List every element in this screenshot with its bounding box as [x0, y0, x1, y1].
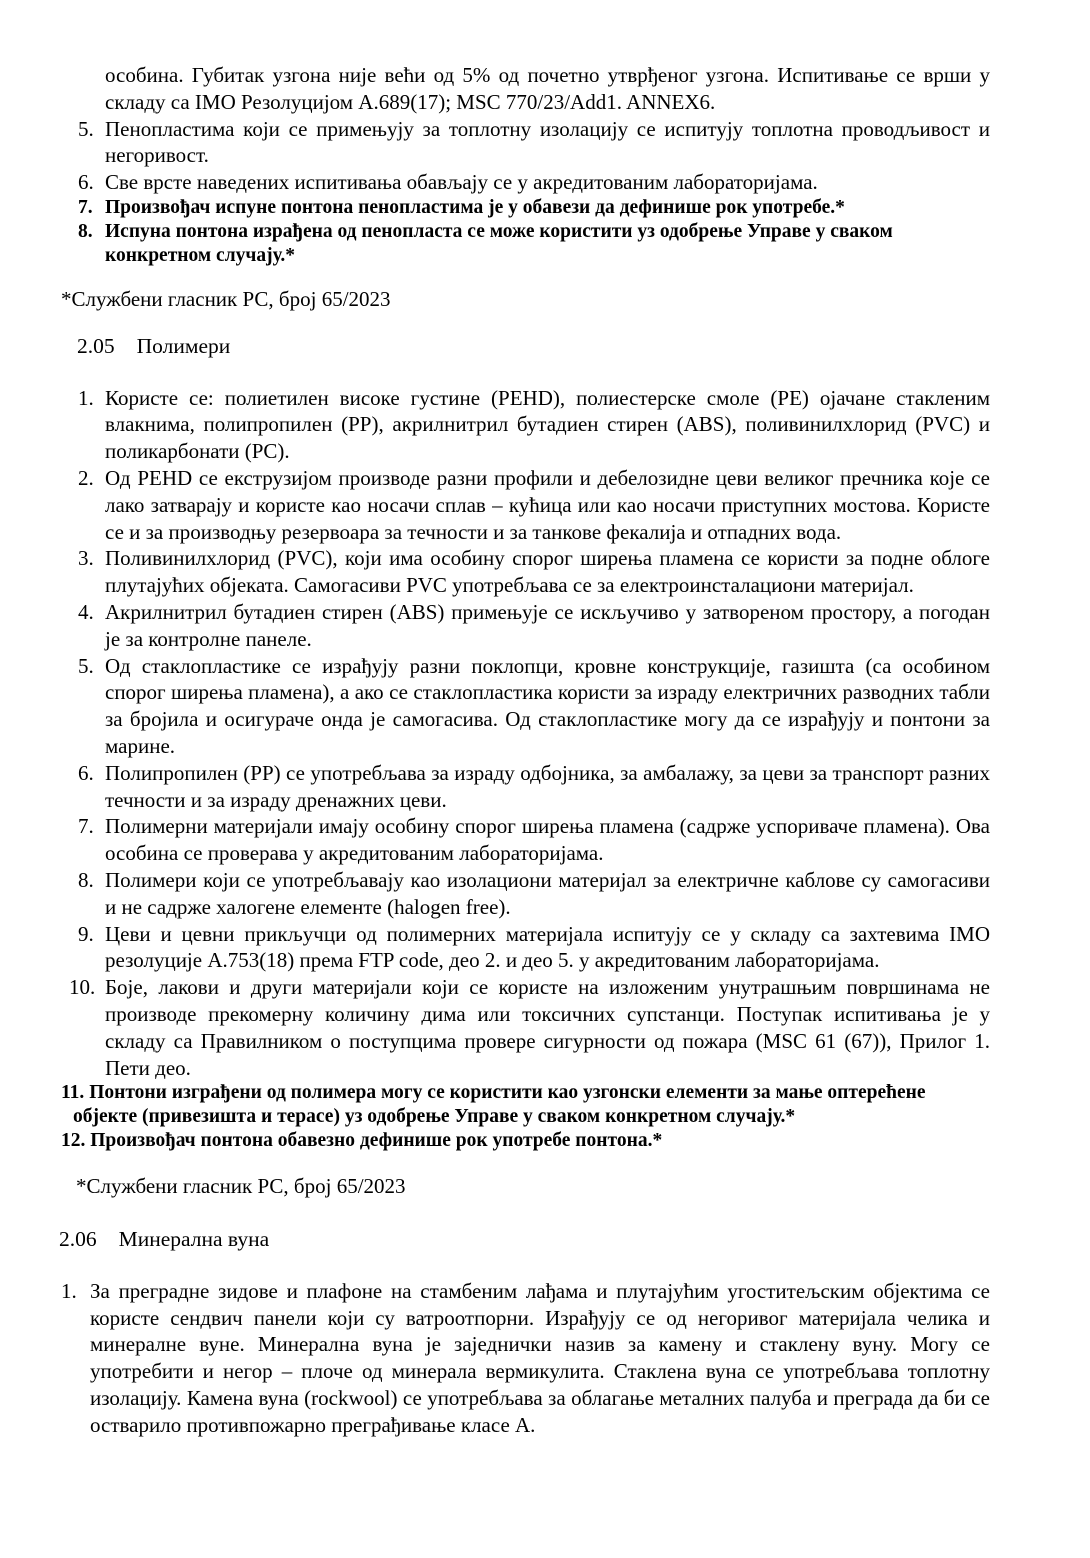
section-number: 2.05	[77, 334, 115, 358]
list-item-2-05-11: 11. Понтони изграђени од полимера могу с…	[61, 1081, 990, 1129]
list-item-2-05-1: 1. Користе се: полиетилен високе густине…	[61, 385, 990, 465]
footnote-gazette-2: *Службени гласник РС, број 65/2023	[76, 1173, 990, 1200]
list-item-2-04-6: 6. Све врсте наведених испитивања обавља…	[61, 169, 990, 196]
section-title: Полимери	[137, 334, 231, 358]
list-item-text: Акрилнитрил бутадиен стирен (ABS) примењ…	[105, 600, 990, 651]
list-item-text: Користе се: полиетилен високе густине (P…	[105, 386, 990, 464]
list-item-2-05-8: 8. Полимери који се употребљавају као из…	[61, 867, 990, 921]
list-item-2-05-4: 4. Акрилнитрил бутадиен стирен (ABS) при…	[61, 599, 990, 653]
list-item-2-05-2: 2. Од PEHD се екструзијом производе разн…	[61, 465, 990, 545]
list-item-number: 6.	[78, 760, 94, 787]
document-page: особина. Губитак узгона није већи од 5% …	[0, 0, 1090, 1558]
list-item-text: Понтони изграђени од полимера могу се ко…	[73, 1082, 926, 1127]
list-item-text: Од PEHD се екструзијом производе разни п…	[105, 466, 990, 544]
list-item-number: 1.	[61, 1278, 77, 1305]
list-item-text: Поливинилхлорид (PVC), који има особину …	[105, 546, 990, 597]
list-item-number: 6.	[78, 169, 94, 196]
list-item-number: 7.	[78, 196, 93, 220]
list-item-text: Полимери који се употребљавају као изола…	[105, 868, 990, 919]
list-item-text: Испуна понтона израђена од пенопласта се…	[105, 221, 893, 266]
list-item-text: Боје, лакови и други материјали који се …	[105, 975, 990, 1079]
list-item-text: Полипропилен (PP) се употребљава за изра…	[105, 761, 990, 812]
paragraph-continuation: особина. Губитак узгона није већи од 5% …	[105, 62, 990, 116]
list-item-text: Све врсте наведених испитивања обављају …	[105, 170, 818, 194]
list-item-number: 10.	[69, 974, 95, 1001]
list-item-text: Произвођач испуне понтона пенопластима ј…	[105, 197, 845, 218]
list-item-2-05-5: 5. Од стаклопластике се израђују разни п…	[61, 653, 990, 760]
list-item-text: Пенопластима који се примењују за топлот…	[105, 117, 990, 168]
list-item-number: 9.	[78, 921, 94, 948]
list-item-text: За преградне зидове и плафоне на стамбен…	[90, 1279, 990, 1437]
list-item-2-04-7: 7. Произвођач испуне понтона пенопластим…	[61, 196, 990, 220]
list-item-number: 5.	[78, 116, 94, 143]
list-item-2-05-3: 3. Поливинилхлорид (PVC), који има особи…	[61, 545, 990, 599]
list-item-number: 5.	[78, 653, 94, 680]
section-number: 2.06	[59, 1227, 97, 1251]
list-section-2-04: 5. Пенопластима који се примењују за топ…	[61, 116, 990, 268]
list-section-2-05: 1. Користе се: полиетилен високе густине…	[61, 385, 990, 1154]
list-item-number: 4.	[78, 599, 94, 626]
footnote-gazette-1: *Службени гласник РС, број 65/2023	[61, 286, 990, 313]
list-item-text: Цеви и цевни прикључци од полимерних мат…	[105, 922, 990, 973]
list-item-text: Од стаклопластике се израђују разни покл…	[105, 654, 990, 758]
list-item-number: 12.	[61, 1130, 85, 1151]
list-item-2-04-8: 8. Испуна понтона израђена од пенопласта…	[61, 220, 990, 268]
list-item-number: 8.	[78, 220, 93, 244]
list-item-number: 7.	[78, 813, 94, 840]
list-item-2-05-12: 12. Произвођач понтона обавезно дефинише…	[61, 1129, 990, 1153]
list-item-2-04-5: 5. Пенопластима који се примењују за топ…	[61, 116, 990, 170]
list-item-text: Полимерни материјали имају особину споро…	[105, 814, 990, 865]
list-item-2-06-1: 1. За преградне зидове и плафоне на стам…	[61, 1278, 990, 1439]
list-item-number: 8.	[78, 867, 94, 894]
section-title: Минерална вуна	[119, 1227, 270, 1251]
list-item-2-05-7: 7. Полимерни материјали имају особину сп…	[61, 813, 990, 867]
list-item-number: 1.	[78, 385, 94, 412]
section-heading-2-05: 2.05Полимери	[77, 333, 990, 360]
list-item-number: 2.	[78, 465, 94, 492]
list-item-number: 3.	[78, 545, 94, 572]
list-item-text: Произвођач понтона обавезно дефинише рок…	[90, 1130, 662, 1151]
list-item-number: 11.	[61, 1082, 84, 1103]
list-item-2-05-6: 6. Полипропилен (PP) се употребљава за и…	[61, 760, 990, 814]
list-item-2-05-9: 9. Цеви и цевни прикључци од полимерних …	[61, 921, 990, 975]
section-heading-2-06: 2.06Минерална вуна	[59, 1226, 990, 1253]
list-section-2-06: 1. За преградне зидове и плафоне на стам…	[61, 1278, 990, 1439]
list-item-2-05-10: 10. Боје, лакови и други материјали који…	[61, 974, 990, 1081]
